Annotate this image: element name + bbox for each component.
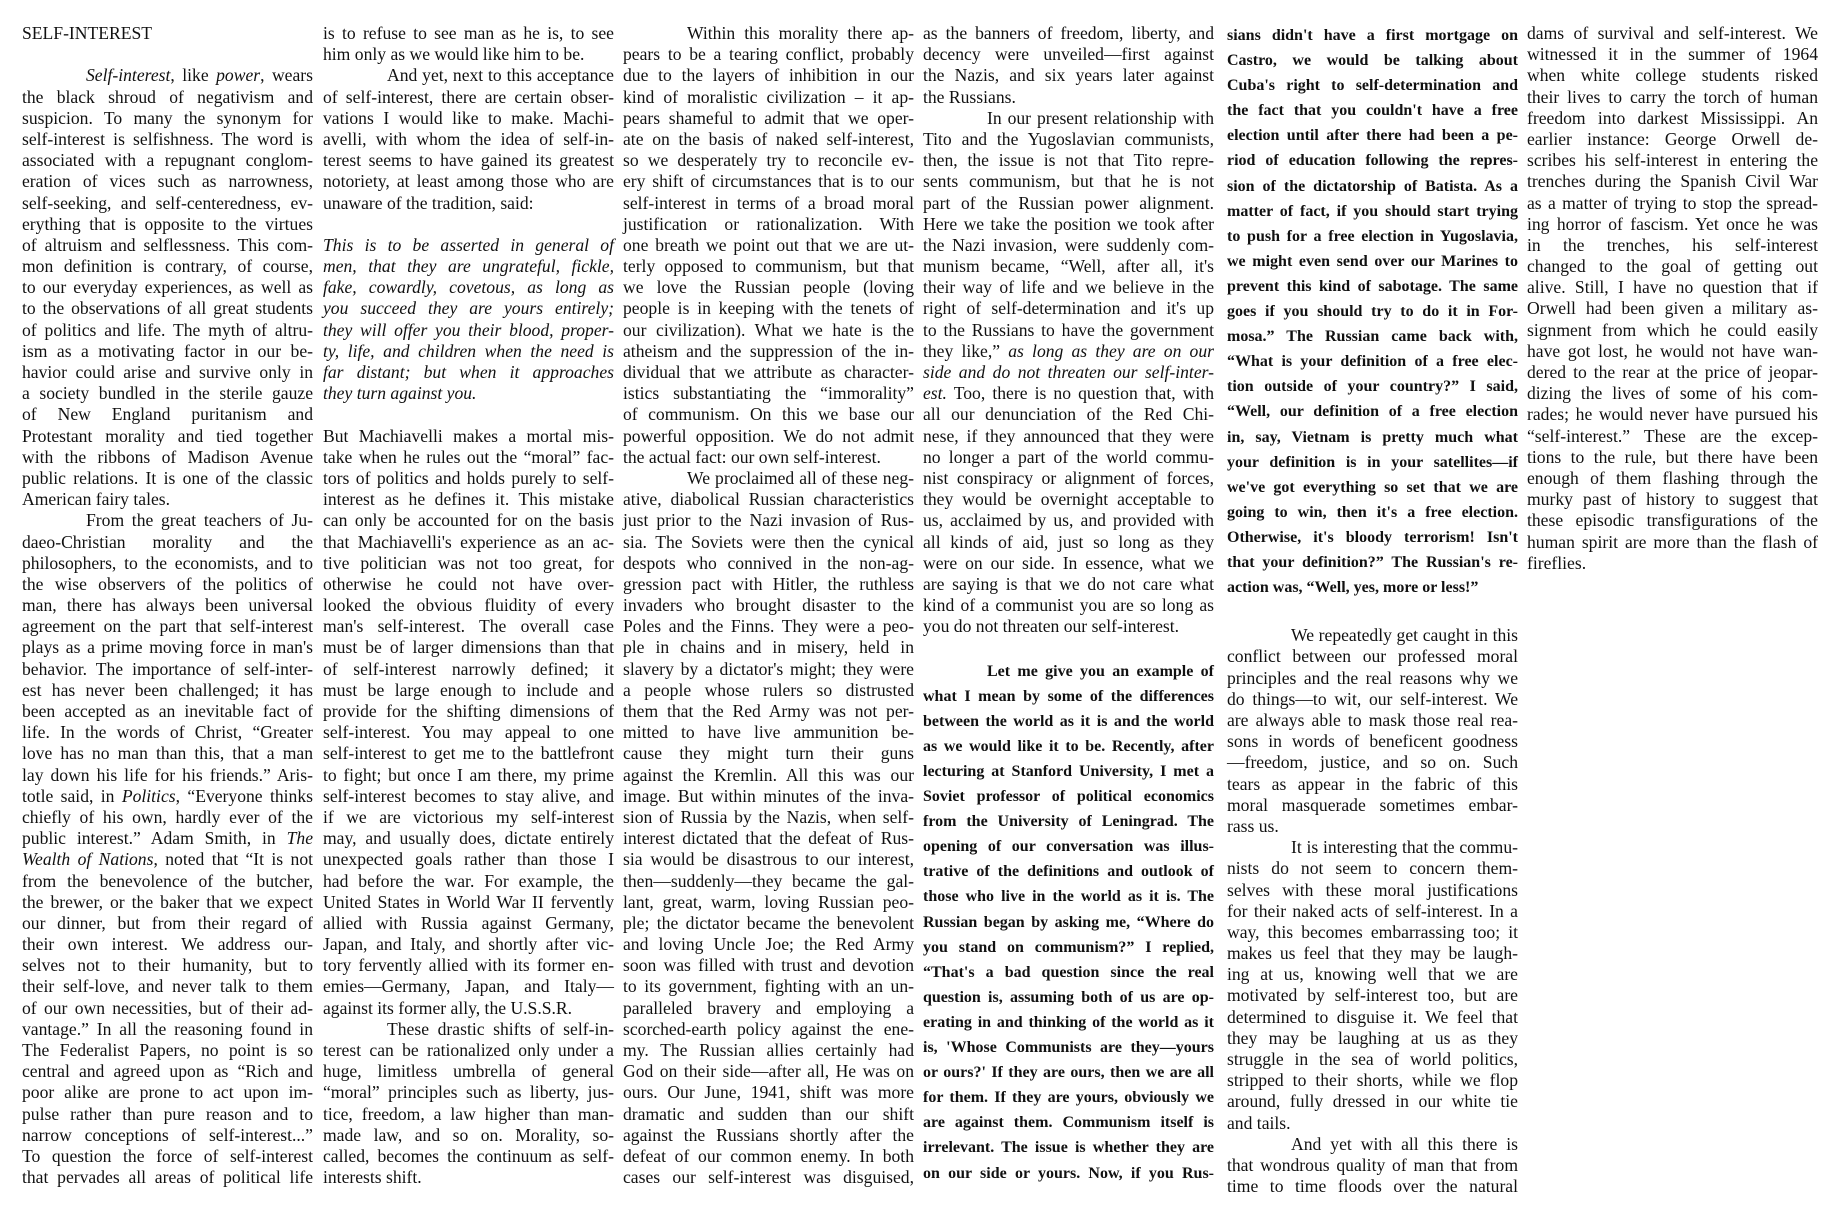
- text-line: self-interest becomes to stay alive, and: [323, 786, 614, 807]
- text-line: are saying is that we do not care what: [923, 574, 1214, 595]
- text-line: Protestant morality and tied together: [22, 426, 313, 447]
- text-line: totle said, in Politics, “Everyone think…: [22, 786, 313, 807]
- text-line: between the world as it is and the world: [923, 709, 1214, 734]
- text-line: you succeed they are yours entirely;: [323, 298, 614, 319]
- text-line: This is to be asserted in general of: [323, 235, 614, 256]
- text-column-3: Within this morality there ap-pears to b…: [623, 23, 914, 1188]
- text-line: conflict between our professed moral: [1227, 646, 1518, 667]
- text-line: riod of education following the repres-: [1227, 148, 1518, 173]
- text-line: those who live in the world as it is. Th…: [923, 884, 1214, 909]
- text-line: with the ribbons of Madison Avenue: [22, 447, 313, 468]
- text-line: a people whose rulers so distrusted: [623, 680, 914, 701]
- text-line: chiefly of his own, hardly ever of the: [22, 807, 313, 828]
- text-line: interest dictated that the defeat of Rus…: [623, 828, 914, 849]
- text-line: if we are victorious my self-interest: [323, 807, 614, 828]
- text-line: sents communism, but that he is not: [923, 171, 1214, 192]
- text-line: God on their side—after all, He was on: [623, 1061, 914, 1082]
- text-line: vantage.” In all the reasoning found in: [22, 1019, 313, 1040]
- text-line: and tails.: [1227, 1113, 1518, 1134]
- text-line: on our side or yours. Now, if you Rus-: [923, 1161, 1214, 1186]
- text-line: you do not threaten our self-interest.: [923, 616, 1214, 637]
- text-line: alive. Still, I have no question that if: [1527, 277, 1818, 298]
- text-line: [323, 404, 614, 425]
- text-line: enough of them flashing through the: [1527, 468, 1818, 489]
- text-line: stripped to their shorts, while we flop: [1227, 1070, 1518, 1091]
- text-line: of altruism and selflessness. This com-: [22, 235, 313, 256]
- text-line: determined to disguise it. We feel that: [1227, 1007, 1518, 1028]
- text-line: looked the obvious fluidity of every: [323, 595, 614, 616]
- text-line: called, becomes the continuum as self-: [323, 1146, 614, 1167]
- text-line: vations I would like to make. Machi-: [323, 108, 614, 129]
- text-line: The Federalist Papers, no point is so: [22, 1040, 313, 1061]
- text-line: people is in keeping with the tenets of: [623, 298, 914, 319]
- text-line: decency were unveiled—first against: [923, 44, 1214, 65]
- text-line: lecturing at Stanford University, I met …: [923, 759, 1214, 784]
- text-line: as we would like it to be. Recently, aft…: [923, 734, 1214, 759]
- text-line: justification or rationalization. With: [623, 214, 914, 235]
- text-line: Japan, and Italy, and shortly after vic-: [323, 934, 614, 955]
- text-line: Russian began by asking me, “Where do: [923, 910, 1214, 935]
- text-line: erything that is opposite to the virtues: [22, 214, 313, 235]
- text-line: the wise observers of the politics of: [22, 574, 313, 595]
- text-line: —freedom, justice, and so on. Such: [1227, 752, 1518, 773]
- text-line: lay down his life for his friends.” Aris…: [22, 765, 313, 786]
- text-line: the fact that you couldn't have a free: [1227, 98, 1518, 123]
- text-line: nist conspiracy or alignment of forces,: [923, 468, 1214, 489]
- text-line: terest seems to have gained its greatest: [323, 150, 614, 171]
- text-line: paralleled bravery and employing a: [623, 998, 914, 1019]
- text-line: mon definition is contrary, of course,: [22, 256, 313, 277]
- text-line: Let me give you an example of: [923, 659, 1214, 684]
- text-line: we love the Russian people (loving: [623, 277, 914, 298]
- text-line: to our everyday experiences, as well as: [22, 277, 313, 298]
- text-line: tory fervently allied with its former en…: [323, 955, 614, 976]
- text-line: scribes his self-interest in entering th…: [1527, 150, 1818, 171]
- text-line: the Nazis, and six years later against: [923, 65, 1214, 86]
- text-line: rades; he would never have pursued his: [1527, 404, 1818, 425]
- text-line: Here we take the position we took after: [923, 214, 1214, 235]
- text-line: But Machiavelli makes a mortal mis-: [323, 426, 614, 447]
- text-line: their own interest. We address our-: [22, 934, 313, 955]
- text-line: “Well, our definition of a free election: [1227, 399, 1518, 424]
- text-line: mitted to have live ammunition be-: [623, 722, 914, 743]
- text-line: otherwise he could not have over-: [323, 574, 614, 595]
- text-line: the Nazi invasion, were suddenly com-: [923, 235, 1214, 256]
- text-line: Poles and the Finns. They were a peo-: [623, 616, 914, 637]
- text-line: kind of a communist you are so long as: [923, 595, 1214, 616]
- text-line: they turn against you.: [323, 383, 614, 404]
- text-line: terest can be rationalized only under a: [323, 1040, 614, 1061]
- text-line: is to refuse to see man as he is, to see: [323, 23, 614, 44]
- text-line: gression pact with Hitler, the ruthless: [623, 574, 914, 595]
- text-line: of our own necessities, but of their ad-: [22, 998, 313, 1019]
- text-line: Otherwise, it's bloody terrorism! Isn't: [1227, 525, 1518, 550]
- text-line: Self-interest, like power, wears: [22, 65, 313, 86]
- text-line: are against them. Communism itself is: [923, 1110, 1214, 1135]
- text-line: that Machiavelli's experience as an ac-: [323, 532, 614, 553]
- text-line: moral masquerade sometimes embar-: [1227, 795, 1518, 816]
- text-line: your definition is in your satellites—if: [1227, 450, 1518, 475]
- text-line: fake, cowardly, covetous, as long as: [323, 277, 614, 298]
- text-line: dizing the lives of some of his com-: [1527, 383, 1818, 404]
- text-line: goes if you should try to do it in For-: [1227, 299, 1518, 324]
- text-line: prevent this kind of sabotage. The same: [1227, 274, 1518, 299]
- text-line: pears to be a tearing conflict, probably: [623, 44, 914, 65]
- text-line: going to win, then it's a free election.: [1227, 500, 1518, 525]
- text-line: part of the Russian power alignment.: [923, 193, 1214, 214]
- text-line: These drastic shifts of self-in-: [323, 1019, 614, 1040]
- text-line: action was, “Well, yes, more or less!”: [1227, 575, 1518, 600]
- text-line: life. In the words of Christ, “Greater: [22, 722, 313, 743]
- text-line: agreement on the part that self-interest: [22, 616, 313, 637]
- text-column-5: sians didn't have a first mortgage onCas…: [1227, 23, 1518, 1197]
- text-line: all kinds of aid, just so long as they: [923, 532, 1214, 553]
- text-line: ery shift of circumstances that is to ou…: [623, 171, 914, 192]
- text-line: my. The Russian allies certainly had: [623, 1040, 914, 1061]
- text-line: around, fully dressed in our white tie: [1227, 1091, 1518, 1112]
- text-column-2: is to refuse to see man as he is, to see…: [323, 23, 614, 1188]
- text-line: huge, limitless umbrella of general: [323, 1061, 614, 1082]
- text-line: cause they might turn their guns: [623, 743, 914, 764]
- text-line: against its former ally, the U.S.S.R.: [323, 998, 614, 1019]
- text-line: when white college students risked: [1527, 65, 1818, 86]
- text-line: love has no man than this, that a man: [22, 743, 313, 764]
- text-line: earlier instance: George Orwell de-: [1527, 129, 1818, 150]
- text-line: eration of vices such as narrowness,: [22, 171, 313, 192]
- text-line: despots who connived in the non-ag-: [623, 553, 914, 574]
- text-line: nese, if they announced that they were: [923, 426, 1214, 447]
- text-line: is, 'Whose Communists are they—yours: [923, 1035, 1214, 1060]
- text-line: to its government, fighting with an un-: [623, 976, 914, 997]
- text-line: the brewer, or the baker that we expect: [22, 892, 313, 913]
- text-line: men, that they are ungrateful, fickle,: [323, 256, 614, 277]
- text-line: to the observations of all great student…: [22, 298, 313, 319]
- text-line: [22, 44, 313, 65]
- text-line: our civilization). What we hate is the: [623, 320, 914, 341]
- text-line: self-interest to get me to the battlefro…: [323, 743, 614, 764]
- text-line: them that the Red Army was not per-: [623, 701, 914, 722]
- text-line: rass us.: [1227, 816, 1518, 837]
- text-line: cases our self-interest was disguised,: [623, 1167, 914, 1188]
- text-line: these episodic transfigurations of the: [1527, 510, 1818, 531]
- text-line: ing horror of fascism. Yet once he was: [1527, 214, 1818, 235]
- text-line: been accepted as an inevitable fact of: [22, 701, 313, 722]
- text-line: sians didn't have a first mortgage on: [1227, 23, 1518, 48]
- text-line: their self-love, and never talk to them: [22, 976, 313, 997]
- text-line: [323, 214, 614, 235]
- text-line: sion of Russia by the Nazis, when self-: [623, 807, 914, 828]
- text-line: tion outside of your country?” I said,: [1227, 374, 1518, 399]
- text-line: munism became, “Well, after all, it's: [923, 256, 1214, 277]
- text-line: est has never been challenged; it has: [22, 680, 313, 701]
- text-line: then, the issue is not that Tito repre-: [923, 150, 1214, 171]
- text-line: trenches during the Spanish Civil War: [1527, 171, 1818, 192]
- text-line: in the trenches, his self-interest: [1527, 235, 1818, 256]
- text-line: human spirit are more than the flash of: [1527, 532, 1818, 553]
- text-line: can only be accounted for on the basis: [323, 510, 614, 531]
- text-line: trative of the definitions and outlook o…: [923, 859, 1214, 884]
- text-line: soon was filled with trust and devotion: [623, 955, 914, 976]
- text-line: In our present relationship with: [923, 108, 1214, 129]
- text-line: Castro, we would be talking about: [1227, 48, 1518, 73]
- text-line: had before the war. For example, the: [323, 871, 614, 892]
- text-line: behavior. The importance of self-inter-: [22, 659, 313, 680]
- text-line: made law, and so on. Morality, so-: [323, 1125, 614, 1146]
- text-line: ate on the basis of naked self-interest,: [623, 129, 914, 150]
- text-line: of communism. On this we base our: [623, 404, 914, 425]
- text-line: sion of the dictatorship of Batista. As …: [1227, 174, 1518, 199]
- text-line: what I mean by some of the differences: [923, 684, 1214, 709]
- text-line: unexpected goals rather than those I: [323, 849, 614, 870]
- text-line: mosa.” The Russian came back with,: [1227, 324, 1518, 349]
- text-line: nists do not seem to concern them-: [1227, 858, 1518, 879]
- text-line: invaders who brought disaster to the: [623, 595, 914, 616]
- text-line: to fight; but once I am there, my prime: [323, 765, 614, 786]
- text-line: dams of survival and self-interest. We: [1527, 23, 1818, 44]
- text-line: the actual fact: our own self-interest.: [623, 447, 914, 468]
- text-line: ple; the dictator became the benevolent: [623, 913, 914, 934]
- text-line: istics substantiating the “immorality”: [623, 383, 914, 404]
- text-line: powerful opposition. We do not admit: [623, 426, 914, 447]
- text-line: as a matter of trying to stop the spread…: [1527, 193, 1818, 214]
- text-line: against the Kremlin. All this was our: [623, 765, 914, 786]
- text-line: of New England puritanism and: [22, 404, 313, 425]
- text-line: take when he rules out the “moral” fac-: [323, 447, 614, 468]
- text-line: that wondrous quality of man that from: [1227, 1155, 1518, 1176]
- text-column-6: dams of survival and self-interest. Wewi…: [1527, 23, 1818, 574]
- text-line: must be of larger dimensions than that: [323, 637, 614, 658]
- text-line: of self-interest, there are certain obse…: [323, 87, 614, 108]
- text-line: slavery by a dictator's might; they were: [623, 659, 914, 680]
- text-line: of politics and life. The myth of altru-: [22, 320, 313, 341]
- text-line: no longer a part of the world commu-: [923, 447, 1214, 468]
- text-line: defeat of our common enemy. In both: [623, 1146, 914, 1167]
- text-line: principles and the real reasons why we: [1227, 668, 1518, 689]
- text-line: they like,” as long as they are on our: [923, 341, 1214, 362]
- text-line: avelli, with whom the idea of self-in-: [323, 129, 614, 150]
- text-line: “What is your definition of a free elec-: [1227, 349, 1518, 374]
- text-line: must be large enough to include and: [323, 680, 614, 701]
- text-line: sia. The Soviets were then the cynical: [623, 532, 914, 553]
- page-title: SELF-INTEREST: [22, 23, 313, 44]
- text-column-1: SELF-INTEREST Self-interest, like power,…: [22, 23, 313, 1188]
- text-line: scorched-earth policy against the ene-: [623, 1019, 914, 1040]
- text-line: poor alike are prone to act upon im-: [22, 1082, 313, 1103]
- text-line: associated with a repugnant conglom-: [22, 150, 313, 171]
- text-line: tors of politics and holds purely to sel…: [323, 468, 614, 489]
- text-line: public relations. It is one of the class…: [22, 468, 313, 489]
- text-line: selves not to their humanity, but to: [22, 955, 313, 976]
- text-line: allied with Russia against Germany,: [323, 913, 614, 934]
- text-line: then—suddenly—they became the gal-: [623, 871, 914, 892]
- text-line: from the benevolence of the butcher,: [22, 871, 313, 892]
- text-line: public interest.” Adam Smith, in The: [22, 828, 313, 849]
- text-line: erating in and thinking of the world as …: [923, 1010, 1214, 1035]
- text-line: to the Russians to have the government: [923, 320, 1214, 341]
- text-line: “self-interest.” These are the excep-: [1527, 426, 1818, 447]
- text-line: of self-interest narrowly defined; it: [323, 659, 614, 680]
- text-line: election until after there had been a pe…: [1227, 123, 1518, 148]
- text-line: for their naked acts of self-interest. I…: [1227, 901, 1518, 922]
- text-line: to push for a free election in Yugoslavi…: [1227, 224, 1518, 249]
- text-line: or ours?' If they are ours, then we are …: [923, 1060, 1214, 1085]
- text-line: Tito and the Yugoslavian communists,: [923, 129, 1214, 150]
- text-line: “moral” principles such as liberty, jus-: [323, 1082, 614, 1103]
- text-line: man, there has always been universal: [22, 595, 313, 616]
- text-line: selves with these moral justifications: [1227, 880, 1518, 901]
- text-line: Soviet professor of political economics: [923, 784, 1214, 809]
- text-line: were on our side. In essence, what we: [923, 553, 1214, 574]
- text-line: self-seeking, and self-centeredness, ev-: [22, 193, 313, 214]
- text-line: motivated by self-interest too, but are: [1227, 985, 1518, 1006]
- text-column-4: as the banners of freedom, liberty, andd…: [923, 23, 1214, 1186]
- text-line: freedom into darkest Mississippi. An: [1527, 108, 1818, 129]
- text-line: witnessed it in the summer of 1964: [1527, 44, 1818, 65]
- text-line: matter of fact, if you should start tryi…: [1227, 199, 1518, 224]
- text-line: dered to the rear at the price of jeopar…: [1527, 362, 1818, 383]
- text-line: have got lost, he would not have wan-: [1527, 341, 1818, 362]
- text-line: pulse rather than pure reason and to: [22, 1104, 313, 1125]
- text-line: a society bundled in the sterile gauze: [22, 383, 313, 404]
- text-line: And yet with all this there is: [1227, 1134, 1518, 1155]
- text-line: ty, life, and children when the need is: [323, 341, 614, 362]
- text-line: do things—to wit, our self-interest. We: [1227, 689, 1518, 710]
- text-line: due to the layers of inhibition in our: [623, 65, 914, 86]
- text-line: opening of our conversation was illus-: [923, 834, 1214, 859]
- text-line: Orwell had been given a military as-: [1527, 298, 1818, 319]
- text-line: tears as appear in the fabric of this: [1227, 774, 1518, 795]
- text-line: havior could arise and survive only in: [22, 362, 313, 383]
- text-line: the Russians.: [923, 87, 1214, 108]
- text-line: side and do not threaten our self-inter-: [923, 362, 1214, 383]
- text-line: may, and usually does, dictate entirely: [323, 828, 614, 849]
- text-line: ative, diabolical Russian characteristic…: [623, 489, 914, 510]
- text-line: dramatic and sudden than our shift: [623, 1104, 914, 1125]
- text-line: murky past of history to suggest that: [1527, 489, 1818, 510]
- text-line: provide for the shifting dimensions of: [323, 701, 614, 722]
- text-line: ours. Our June, 1941, shift was more: [623, 1082, 914, 1103]
- text-line: all our denunciation of the Red Chi-: [923, 404, 1214, 425]
- text-line: way, this becomes embarrassing too; it: [1227, 922, 1518, 943]
- text-line: Within this morality there ap-: [623, 23, 914, 44]
- text-line: Cuba's right to self-determination and: [1227, 73, 1518, 98]
- text-line: for them. If they are yours, obviously w…: [923, 1085, 1214, 1110]
- text-line: unaware of the tradition, said:: [323, 193, 614, 214]
- text-line: we might even send over our Marines to: [1227, 249, 1518, 274]
- text-line: self-interest. You may appeal to one: [323, 722, 614, 743]
- text-line: changed to the goal of getting out: [1527, 256, 1818, 277]
- text-line: struggle in the sea of world politics,: [1227, 1049, 1518, 1070]
- text-line: are always able to mask those real rea-: [1227, 710, 1518, 731]
- text-line: American fairy tales.: [22, 489, 313, 510]
- text-line: from the University of Leningrad. The: [923, 809, 1214, 834]
- text-line: one breath we point out that we are ut-: [623, 235, 914, 256]
- text-line: We proclaimed all of these neg-: [623, 468, 914, 489]
- text-line: our dinner, but from their regard of: [22, 913, 313, 934]
- text-line: in, say, Vietnam is pretty much what: [1227, 425, 1518, 450]
- text-line: their lives to carry the torch of human: [1527, 87, 1818, 108]
- text-line: that your definition?” The Russian's re-: [1227, 550, 1518, 575]
- text-line: It is interesting that the commu-: [1227, 837, 1518, 858]
- text-line: so we desperately try to reconcile ev-: [623, 150, 914, 171]
- text-line: sia would be disastrous to our interest,: [623, 849, 914, 870]
- text-line: dividual that we attribute as character-: [623, 362, 914, 383]
- text-line: terly opposed to communism, but that: [623, 256, 914, 277]
- text-line: ing at us, knowing well that we are: [1227, 964, 1518, 985]
- text-line: and loving Uncle Joe; the Red Army: [623, 934, 914, 955]
- text-line: their way of life and we believe in the: [923, 277, 1214, 298]
- text-line: as the banners of freedom, liberty, and: [923, 23, 1214, 44]
- text-line: him only as we would like him to be.: [323, 44, 614, 65]
- text-line: they will offer you their blood, proper-: [323, 320, 614, 341]
- text-line: sons in words of beneficent goodness: [1227, 731, 1518, 752]
- text-line: tive politician was not too great, for: [323, 553, 614, 574]
- text-line: irrelevant. The issue is whether they ar…: [923, 1135, 1214, 1160]
- text-line: est. Too, there is no question that, wit…: [923, 383, 1214, 404]
- text-line: notoriety, at least among those who are: [323, 171, 614, 192]
- text-line: philosophers, to the economists, and to: [22, 553, 313, 574]
- text-line: interests shift.: [323, 1167, 614, 1188]
- text-line: “That's a bad question since the real: [923, 960, 1214, 985]
- text-line: against the Russians shortly after the: [623, 1125, 914, 1146]
- text-line: [1227, 600, 1518, 625]
- text-line: tions to the rule, but there have been: [1527, 447, 1818, 468]
- text-line: we've got everything so set that we are: [1227, 475, 1518, 500]
- text-line: To question the force of self-interest: [22, 1146, 313, 1167]
- text-line: ism as a motivating factor in our be-: [22, 341, 313, 362]
- text-line: they may be laughing at us as they: [1227, 1028, 1518, 1049]
- text-line: emies—Germany, Japan, and Italy—: [323, 976, 614, 997]
- text-line: ple in chains and in misery, held in: [623, 637, 914, 658]
- text-line: the black shroud of negativism and: [22, 87, 313, 108]
- text-line: United States in World War II fervently: [323, 892, 614, 913]
- text-line: pears shameful to admit that we oper-: [623, 108, 914, 129]
- text-line: suspicion. To many the synonym for: [22, 108, 313, 129]
- text-line: signment from which he could easily: [1527, 320, 1818, 341]
- text-line: plays as a prime moving force in man's: [22, 637, 313, 658]
- text-line: that pervades all areas of political lif…: [22, 1167, 313, 1188]
- text-line: From the great teachers of Ju-: [22, 510, 313, 531]
- text-line: fireflies.: [1527, 553, 1818, 574]
- text-line: just prior to the Nazi invasion of Rus-: [623, 510, 914, 531]
- text-line: self-interest is selfishness. The word i…: [22, 129, 313, 150]
- text-line: interest as he defines it. This mistake: [323, 489, 614, 510]
- text-line: self-interest in terms of a broad moral: [623, 193, 914, 214]
- text-line: Wealth of Nations, noted that “It is not: [22, 849, 313, 870]
- text-line: We repeatedly get caught in this: [1227, 625, 1518, 646]
- text-line: central and agreed upon as “Rich and: [22, 1061, 313, 1082]
- text-line: And yet, next to this acceptance: [323, 65, 614, 86]
- text-line: [923, 637, 1214, 658]
- text-line: kind of moralistic civilization – it ap-: [623, 87, 914, 108]
- text-line: lant, great, warm, loving Russian peo-: [623, 892, 914, 913]
- text-line: atheism and the suppression of the in-: [623, 341, 914, 362]
- text-line: daeo-Christian morality and the: [22, 532, 313, 553]
- text-line: you stand on communism?” I replied,: [923, 935, 1214, 960]
- text-line: question is, assuming both of us are op-: [923, 985, 1214, 1010]
- text-line: makes us feel that they may be laugh-: [1227, 943, 1518, 964]
- text-line: image. But within minutes of the inva-: [623, 786, 914, 807]
- text-line: man's self-interest. The overall case: [323, 616, 614, 637]
- text-line: far distant; but when it approaches: [323, 362, 614, 383]
- text-line: tice, freedom, a law higher than man-: [323, 1104, 614, 1125]
- text-line: right of self-determination and it's up: [923, 298, 1214, 319]
- text-line: time to time floods over the natural: [1227, 1176, 1518, 1197]
- text-line: they would be overnight acceptable to: [923, 489, 1214, 510]
- text-line: narrow conceptions of self-interest...”: [22, 1125, 313, 1146]
- text-line: us, acclaimed by us, and provided with: [923, 510, 1214, 531]
